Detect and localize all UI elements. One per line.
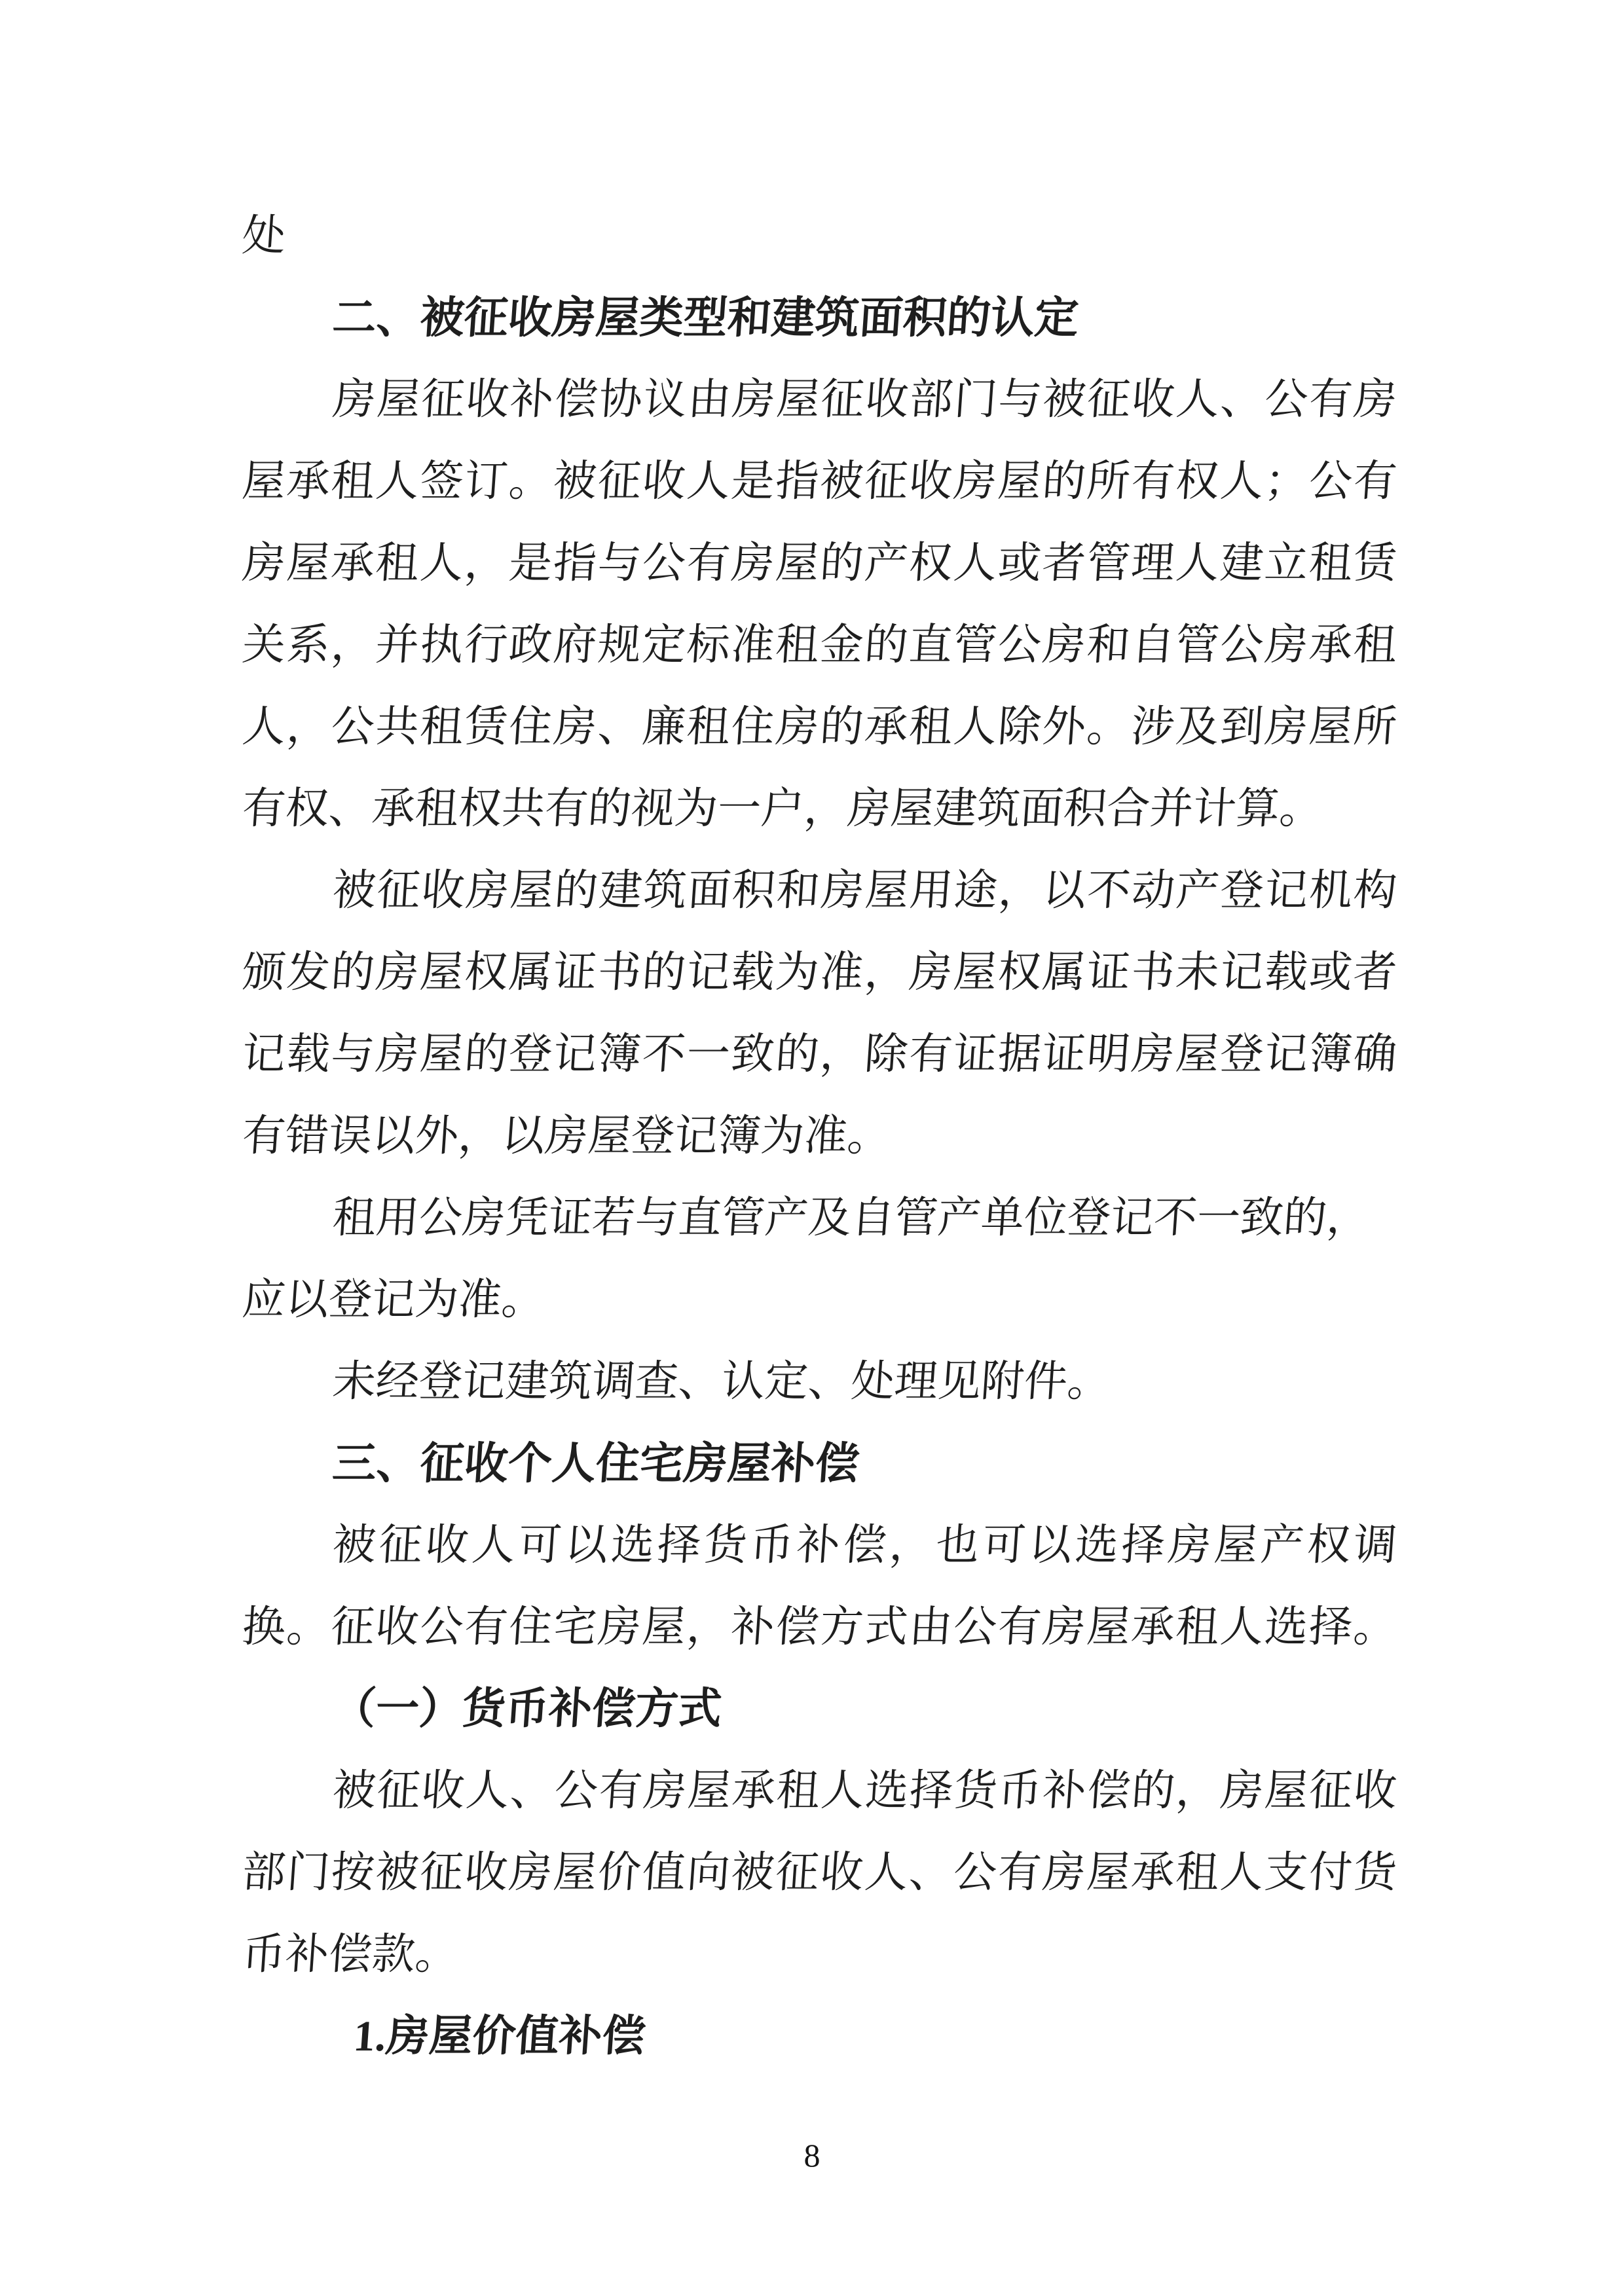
section-heading: 三、征收个人住宅房屋补偿 (240, 1423, 1400, 1504)
paragraph-line: 被征收房屋的建筑面积和房屋用途，以不动产登记机构 (240, 850, 1400, 932)
paragraph-line: 有错误以外，以房屋登记簿为准。 (240, 1095, 1400, 1177)
paragraph-line: 应以登记为准。 (240, 1259, 1400, 1341)
paragraph-line: 记载与房屋的登记簿不一致的，除有证据证明房屋登记簿确 (240, 1013, 1400, 1095)
paragraph-line: 未经登记建筑调查、认定、处理见附件。 (240, 1341, 1400, 1423)
paragraph-line: 被征收人可以选择货币补偿，也可以选择房屋产权调 (240, 1504, 1400, 1586)
paragraph-line: 颁发的房屋权属证书的记载为准，房屋权属证书未记载或者 (240, 932, 1400, 1013)
paragraph-line: 关系，并执行政府规定标准租金的直管公房和自管公房承租 (240, 604, 1400, 686)
page-number: 8 (0, 2136, 1624, 2175)
paragraph-line: 有权、承租权共有的视为一户，房屋建筑面积合并计算。 (240, 768, 1400, 850)
paragraph-line: 被征收人、公有房屋承租人选择货币补偿的，房屋征收 (240, 1750, 1400, 1832)
paragraph-line: 租用公房凭证若与直管产及自管产单位登记不一致的， (240, 1177, 1400, 1259)
paragraph-continuation-line: 处 (240, 195, 1400, 277)
paragraph-line: 人，公共租赁住房、廉租住房的承租人除外。涉及到房屋所 (240, 686, 1400, 768)
paragraph-line: 部门按被征收房屋价值向被征收人、公有房屋承租人支付货 (240, 1832, 1400, 1914)
paragraph-line: 屋承租人签订。被征收人是指被征收房屋的所有权人；公有 (240, 441, 1400, 522)
paragraph-line: 房屋征收补偿协议由房屋征收部门与被征收人、公有房 (240, 359, 1400, 441)
paragraph-line: 房屋承租人，是指与公有房屋的产权人或者管理人建立租赁 (240, 522, 1400, 604)
paragraph-line: 换。征收公有住宅房屋，补偿方式由公有房屋承租人选择。 (240, 1586, 1400, 1668)
document-body: 处 二、被征收房屋类型和建筑面积的认定 房屋征收补偿协议由房屋征收部门与被征收人… (242, 195, 1397, 2077)
section-heading: 二、被征收房屋类型和建筑面积的认定 (240, 277, 1400, 359)
subsection-heading: （一）货币补偿方式 (240, 1668, 1400, 1750)
paragraph-line: 币补偿款。 (240, 1914, 1400, 1995)
document-page: 处 二、被征收房屋类型和建筑面积的认定 房屋征收补偿协议由房屋征收部门与被征收人… (0, 0, 1624, 2296)
numbered-heading: 1.房屋价值补偿 (240, 1995, 1400, 2077)
